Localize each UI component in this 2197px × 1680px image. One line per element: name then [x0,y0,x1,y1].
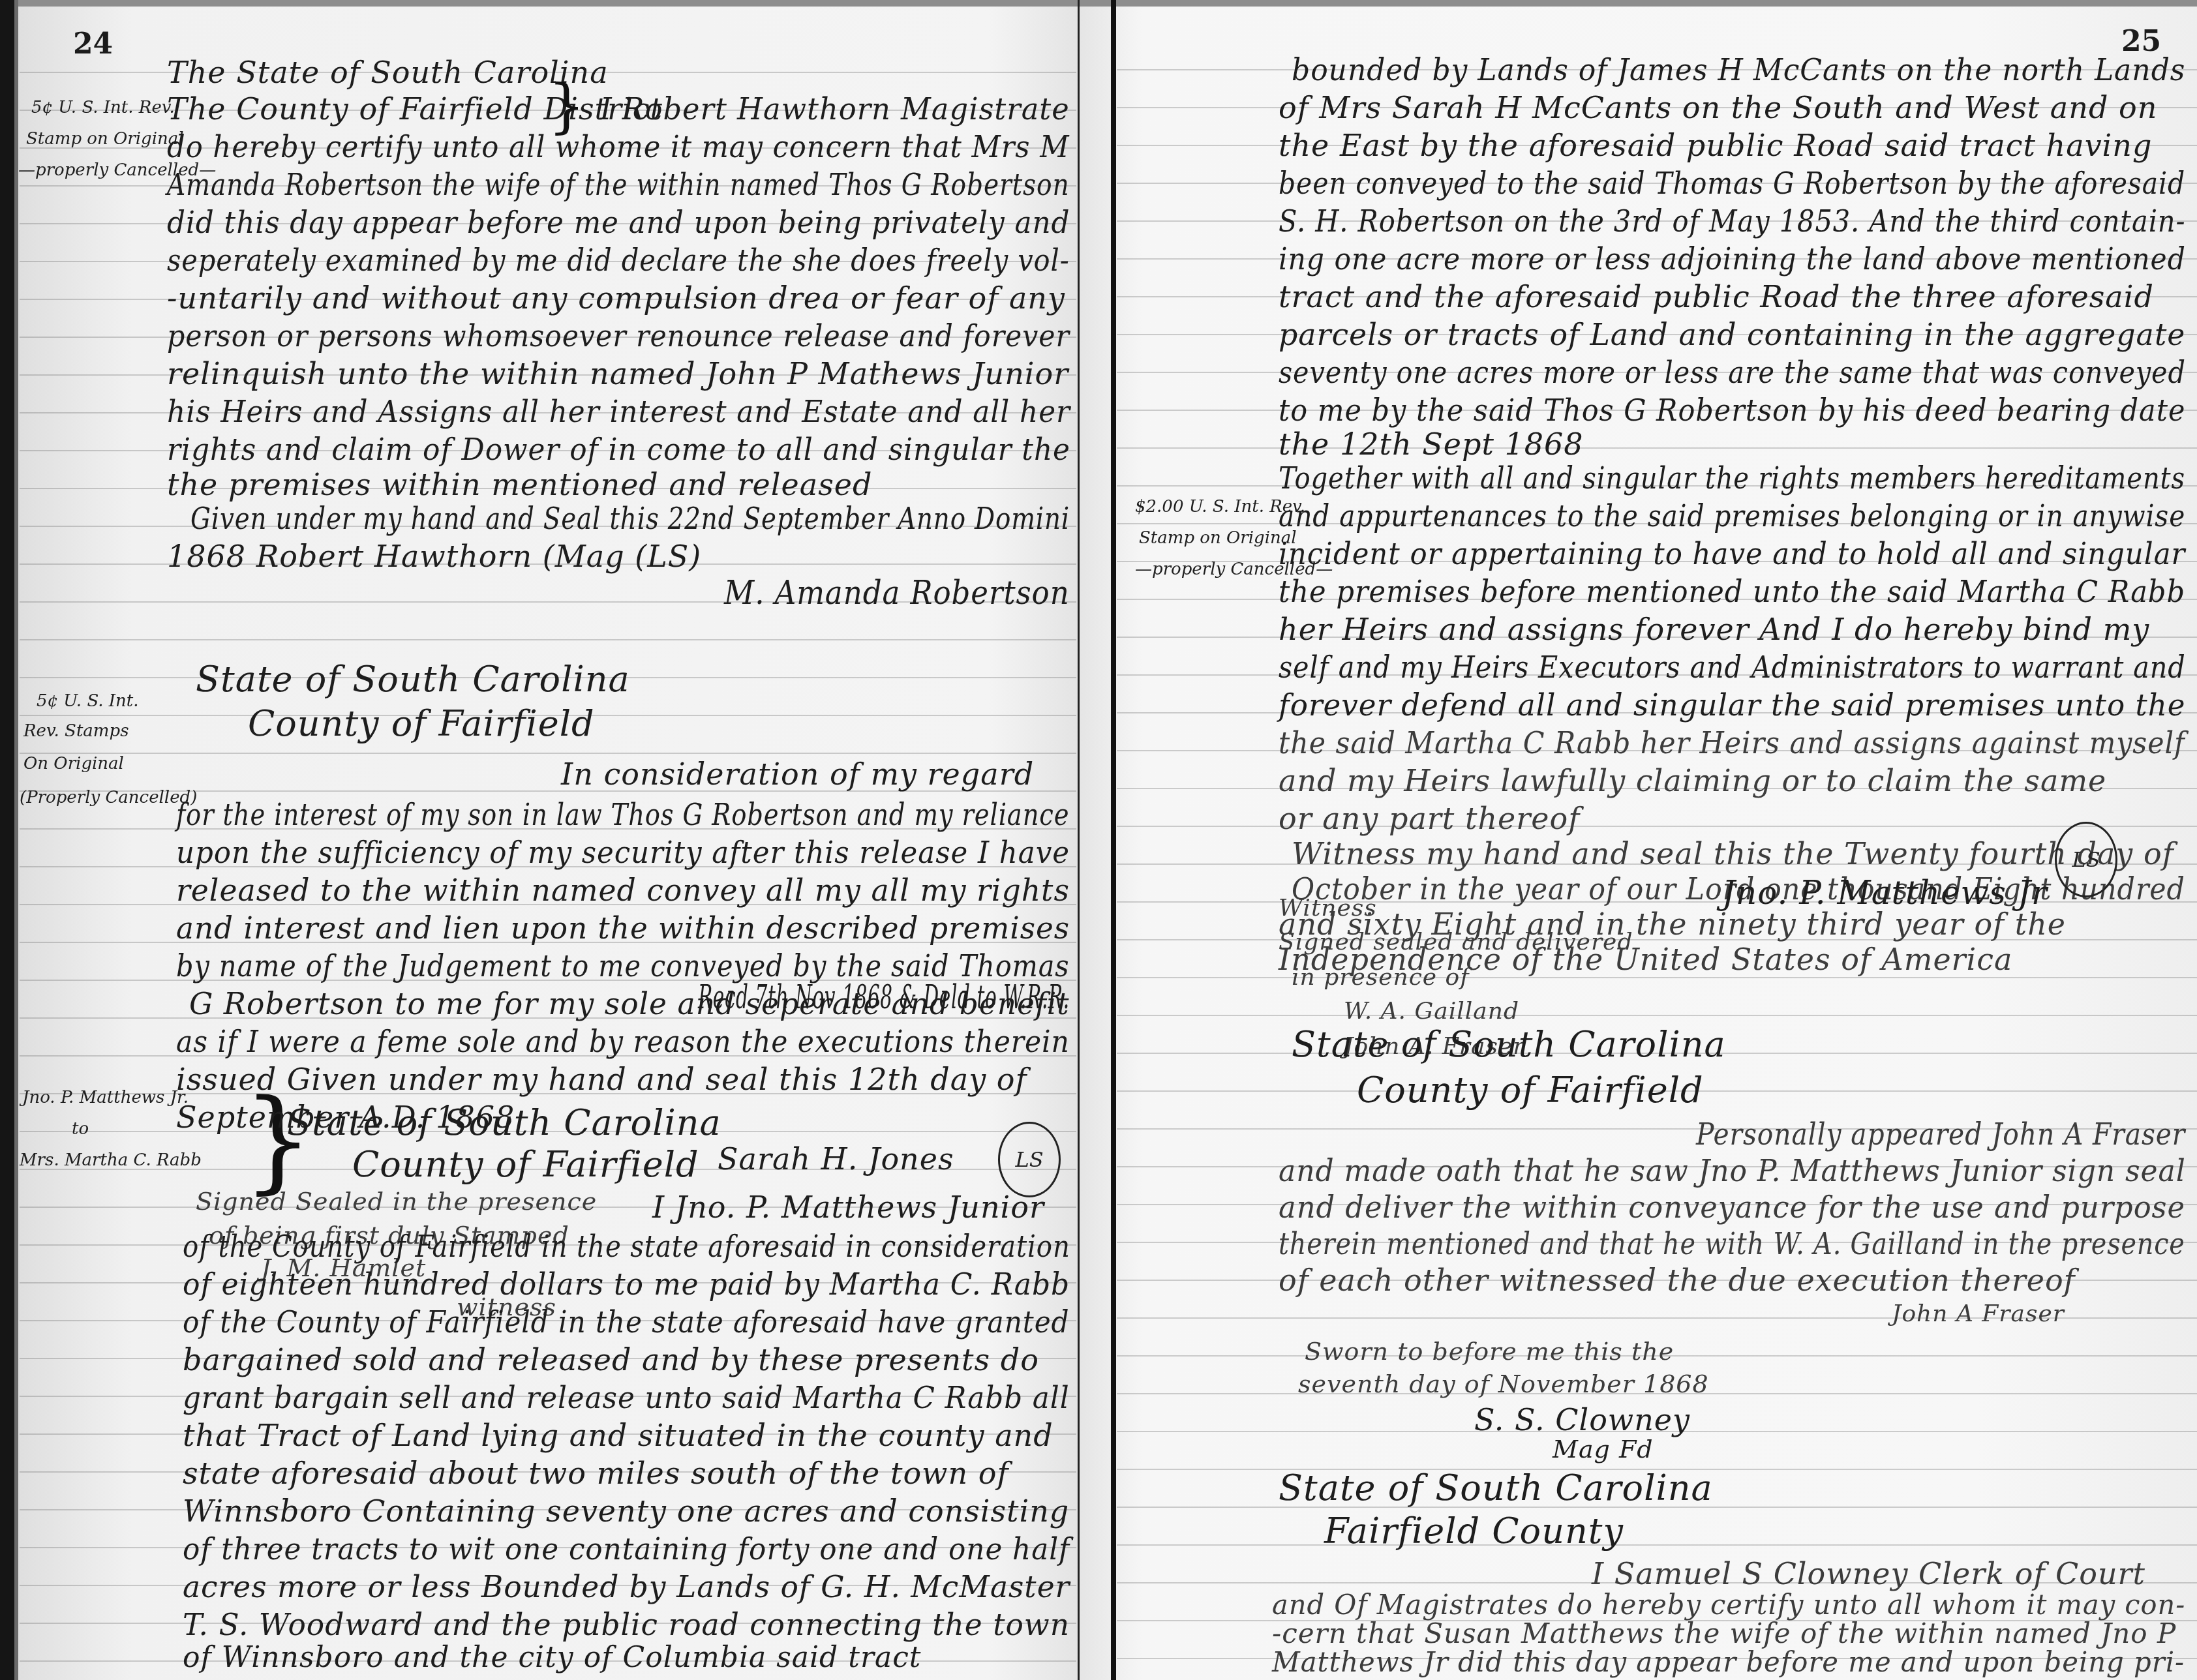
text-line: the premises within mentioned and releas… [167,467,872,502]
officer-title: Mag Fd [1553,1435,1654,1463]
text-line: Witness my hand and seal this the Twenty… [1292,836,2174,871]
gutter-line-left [1078,0,1080,1680]
text-line: parcels or tracts of Land and containing… [1279,317,2185,352]
text-line: I Jno. P. Matthews Junior [652,1190,1044,1225]
margin-note-stamp-2-line-1: 5¢ U. S. Int. [37,691,139,711]
text-line: seventy one acres more or less are the s… [1279,355,2186,390]
heading-state: State of South Carolina [1292,1024,1726,1065]
heading-county: The County of Fairfield District [167,91,663,127]
text-line: for the interest of my son in law Thos G… [176,797,1069,832]
witness-line: Signed Sealed in the presence [196,1187,597,1216]
text-line: to me by the said Thos G Robertson by hi… [1279,393,2185,428]
signature-jno-p-matthews: Jno. P. Matthews Jr [1722,874,2048,912]
text-line: and deliver the within conveyance for th… [1279,1190,2185,1225]
text-line: person or persons whomsoever renounce re… [167,318,1070,353]
text-line: -cern that Susan Matthews the wife of th… [1272,1617,2176,1649]
recorded-note: Recd 7th Nov 1868 & Deld to W.R.R. [698,978,1070,1016]
text-line: S. H. Robertson on the 3rd of May 1853. … [1279,203,2185,239]
top-edge [0,0,2197,7]
text-line: I Samuel S Clowney Clerk of Court [1592,1556,2145,1591]
text-line: the 12th Sept 1868 [1279,427,1584,462]
text-line: or any part thereof [1279,801,1580,836]
text-line: and Of Magistrates do hereby certify unt… [1272,1589,2185,1621]
heading-county: Fairfield County [1324,1510,1624,1552]
text-line: Winnsboro Containing seventy one acres a… [183,1493,1069,1529]
text-line: I Robert Hawthorn Magistrate [600,91,1070,127]
text-line: upon the sufficiency of my security afte… [176,835,1070,870]
witness-line: Signed sealed and delivered [1279,929,1633,955]
text-line: that Tract of Land lying and situated in… [183,1418,1053,1453]
text-line: -untarily and without any compulsion dre… [167,280,1065,316]
margin-note-stamp-2-line-3: On Original [23,754,124,773]
text-line: ing one acre more or less adjoining the … [1279,241,2186,277]
heading-county: County of Fairfield [352,1144,699,1185]
text-line: Given under my hand and Seal this 22nd S… [190,501,1070,536]
text-line: Together with all and singular the right… [1279,460,2185,496]
text-line: of each other witnessed the due executio… [1279,1263,2076,1298]
text-line: and interest and lien upon the within de… [176,910,1070,946]
text-line: of Winnsboro and the city of Columbia sa… [183,1641,922,1674]
text-line: of the County of Fairfield in the state … [183,1229,1070,1264]
ruled-line [20,639,1076,640]
text-line: and made oath that he saw Jno P. Matthew… [1279,1153,2186,1188]
text-line: did this day appear before me and upon b… [167,205,1070,240]
seal-ls-icon: LS [998,1122,1061,1197]
margin-note-stamp-1-line-1: 5¢ U. S. Int. Rev. [31,98,175,117]
margin-note-stamp-1-line-2: Stamp on Original [26,129,184,149]
text-line: grant bargain sell and release unto said… [183,1380,1070,1415]
text-line: released to the within named convey all … [176,873,1070,908]
text-line: In consideration of my regard [561,757,1034,792]
text-line: bargained sold and released and by these… [183,1342,1039,1377]
signature-sarah-h-jones: Sarah H. Jones [718,1141,954,1177]
text-line: of Mrs Sarah H McCants on the South and … [1279,90,2157,125]
text-line: been conveyed to the said Thomas G Rober… [1279,166,2185,201]
text-line: the said Martha C Rabb her Heirs and ass… [1279,725,2185,760]
margin-note-parties-grantee: Mrs. Martha C. Rabb [20,1150,202,1170]
text-line: Matthews Jr did this day appear before m… [1272,1646,2185,1678]
text-line: relinquish unto the within named John P … [167,356,1068,391]
margin-note-stamp-line-2: Stamp on Original [1139,528,1297,548]
ruled-line [1117,1015,2197,1016]
ruled-line [1117,977,2197,978]
heading-county: County of Fairfield [1357,1070,1704,1111]
text-line: tract and the aforesaid public Road the … [1279,279,2154,314]
seal-ls-icon: LS [2055,822,2117,897]
text-line: his Heirs and Assigns all her interest a… [167,394,1070,429]
witness-name: W. A. Gailland [1344,998,1519,1025]
text-line: bounded by Lands of James H McCants on t… [1292,52,2185,87]
margin-note-stamp-2-line-4: (Properly Cancelled) [20,788,197,807]
text-line: rights and claim of Dower of in come to … [167,432,1070,467]
ruled-line [20,753,1076,754]
text-line: of the County of Fairfield in the state … [183,1304,1070,1340]
text-line: and appurtenances to the said premises b… [1279,498,2185,533]
text-line: her Heirs and assigns forever And I do h… [1279,612,2149,647]
book-left-edge-shadow [14,0,18,1680]
page-number-left: 24 [73,27,113,61]
ledger-spread: 24 5¢ U. S. Int. Rev. Stamp on Original … [0,0,2197,1680]
text-line: issued Given under my hand and seal this… [176,1062,1027,1097]
text-line: of eighteen hundred dollars to me paid b… [183,1267,1070,1302]
ruled-line [1117,1544,2197,1546]
margin-note-stamp-2-line-2: Rev. Stamps [23,721,129,741]
book-left-edge [0,0,14,1680]
deponent-signature: John A Fraser [1892,1300,2065,1327]
text-line: forever defend all and singular the said… [1279,687,2185,723]
text-line: acres more or less Bounded by Lands of G… [183,1569,1070,1604]
witness-line: in presence of [1292,964,1470,991]
margin-note-parties-grantor: Jno. P. Matthews Jr. [22,1088,189,1107]
officer-signature: S. S. Clowney [1474,1402,1690,1437]
text-line: and my Heirs lawfully claiming or to cla… [1279,763,2106,798]
text-line: of three tracts to wit one containing fo… [183,1531,1070,1567]
jurat-line: seventh day of November 1868 [1298,1370,1709,1398]
text-line: state aforesaid about two miles south of… [183,1456,1008,1491]
text-line: do hereby certify unto all whome it may … [167,129,1069,164]
text-line: self and my Heirs Executors and Administ… [1279,650,2186,685]
text-line: T. S. Woodward and the public road conne… [183,1607,1070,1642]
jurat-line: Sworn to before me this the [1305,1337,1674,1366]
heading-state: State of South Carolina [196,659,630,700]
heading-state: The State of South Carolina [167,55,609,90]
text-line: as if I were a feme sole and by reason t… [176,1024,1070,1059]
text-line: the premises before mentioned unto the s… [1279,574,2185,609]
witness-label: Witness [1279,895,1377,922]
margin-note-parties-to: to [72,1119,89,1139]
text-line: incident or appertaining to have and to … [1279,536,2185,571]
text-line: the East by the aforesaid public Road sa… [1279,128,2152,163]
text-line: Amanda Robertson the wife of the within … [167,167,1070,202]
text-line: Personally appeared John A Fraser [1696,1117,2185,1152]
text-line: therein mentioned and that he with W. A.… [1279,1226,2185,1261]
gutter-line-right [1111,0,1116,1680]
heading-state: State of South Carolina [287,1102,721,1143]
heading-state: State of South Carolina [1279,1467,1713,1508]
heading-county: County of Fairfield [248,703,595,744]
signature-m-amanda-robertson: M. Amanda Robertson [724,574,1070,612]
text-line: seperately examined by me did declare th… [167,243,1070,278]
text-line: 1868 Robert Hawthorn (Mag (LS) [167,539,701,574]
